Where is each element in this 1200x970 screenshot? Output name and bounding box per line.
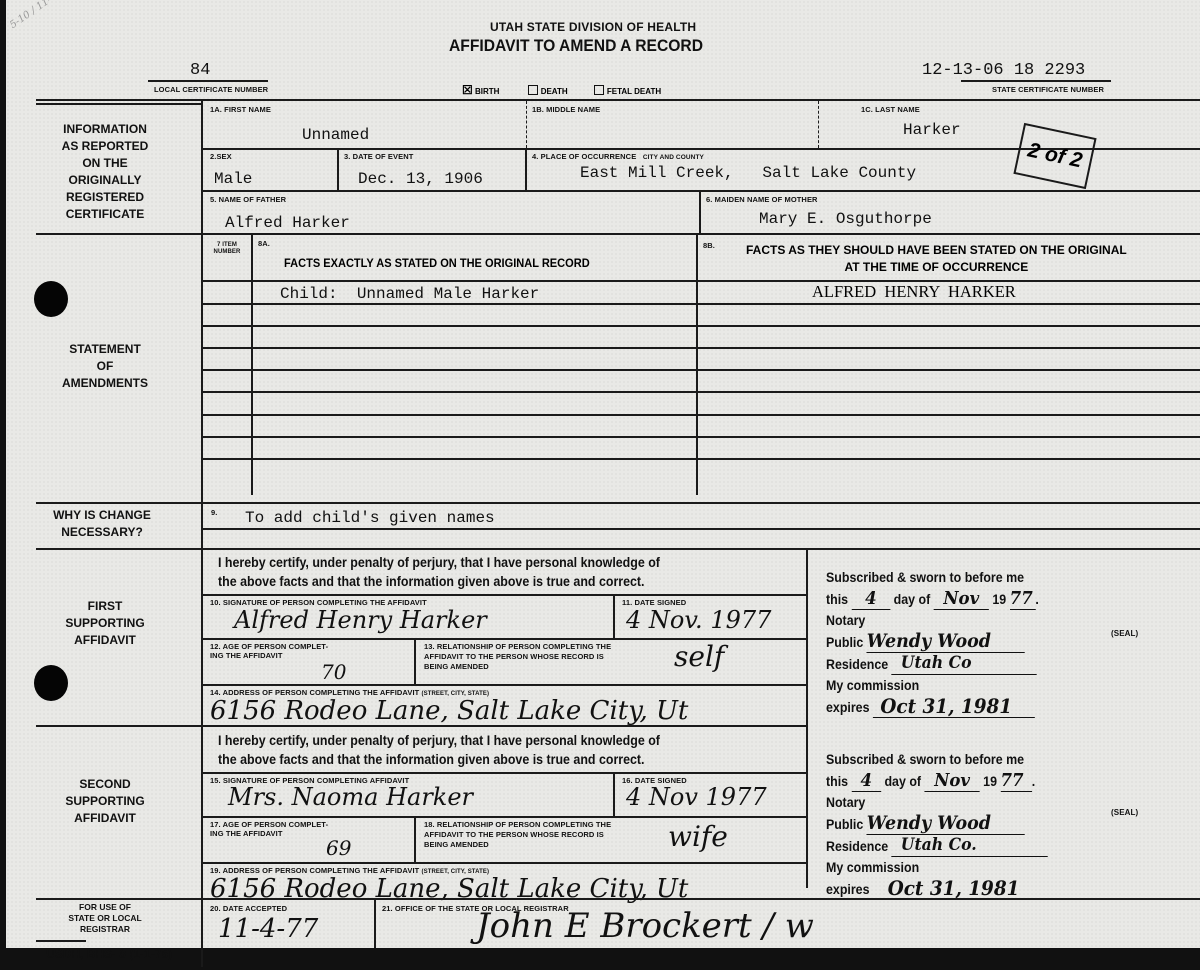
first-address: 6156 Rodeo Lane, Salt Lake City, Ut xyxy=(210,696,688,726)
amendment-corrected-value: ALFRED HENRY HARKER xyxy=(812,282,1016,302)
registrar-signature: John E Brockert / w xyxy=(476,906,814,946)
place-value: East Mill Creek, Salt Lake County xyxy=(580,164,916,182)
reason-value: To add child's given names xyxy=(245,509,495,527)
col-a-header: FACTS EXACTLY AS STATED ON THE ORIGINAL … xyxy=(284,256,590,270)
mother-value: Mary E. Osguthorpe xyxy=(759,210,932,228)
amendment-original-value: Child: Unnamed Male Harker xyxy=(280,285,539,303)
father-value: Alfred Harker xyxy=(225,214,350,232)
second-age-label: 17. AGE OF PERSON COMPLET-ING THE AFFIDA… xyxy=(210,820,328,838)
second-notary-block: Subscribed & sworn to before me this 4 d… xyxy=(826,749,1048,900)
first-age: 70 xyxy=(321,660,346,684)
binder-hole xyxy=(34,281,68,317)
local-certificate-label: LOCAL CERTIFICATE NUMBER xyxy=(154,85,268,94)
first-name-label: 1A. FIRST NAME xyxy=(210,105,271,114)
second-age: 69 xyxy=(326,836,351,860)
agency-name: UTAH STATE DIVISION OF HEALTH xyxy=(490,20,696,34)
state-certificate-number: 12-13-06 18 2293 xyxy=(922,61,1085,80)
date-accepted: 11-4-77 xyxy=(218,914,318,944)
sex-value: Male xyxy=(214,170,252,188)
record-type-options: ☒ BIRTH DEATH FETAL DEATH xyxy=(462,83,661,97)
checkbox-icon xyxy=(528,85,538,95)
death-checkbox[interactable]: DEATH xyxy=(528,87,568,96)
first-name-value: Unnamed xyxy=(302,126,369,144)
form-title: AFFIDAVIT TO AMEND A RECORD xyxy=(449,36,703,56)
second-relationship-label: 18. RELATIONSHIP OF PERSON COMPLETING TH… xyxy=(424,820,611,850)
binder-hole xyxy=(34,665,68,701)
item-number-header: 7 ITEM NUMBER xyxy=(207,242,247,256)
margin-note: 5-10 / 11-4-77 / Harker / 84 Sc-u xyxy=(8,0,149,31)
section-first-affidavit: FIRSTSUPPORTINGAFFIDAVIT xyxy=(40,598,170,649)
last-name-label: 1C. LAST NAME xyxy=(861,105,920,114)
first-relationship-label: 13. RELATIONSHIP OF PERSON COMPLETING TH… xyxy=(424,642,611,672)
second-seal: (SEAL) xyxy=(1111,808,1138,817)
date-accepted-label: 20. DATE ACCEPTED xyxy=(210,904,287,913)
fetal-death-checkbox[interactable]: FETAL DEATH xyxy=(594,87,661,96)
second-date: 4 Nov 1977 xyxy=(626,783,767,811)
first-date: 4 Nov. 1977 xyxy=(626,606,771,634)
section-registrar: FOR USE OFSTATE OR LOCALREGISTRAR xyxy=(40,902,170,935)
place-label: 4. PLACE OF OCCURRENCE CITY AND COUNTY xyxy=(532,152,704,161)
reason-num: 9. xyxy=(211,508,217,517)
first-certify-text: I hereby certify, under penalty of perju… xyxy=(218,553,660,591)
sex-label: 2.SEX xyxy=(210,152,232,161)
first-relationship: self xyxy=(674,640,724,673)
mother-label: 6. MAIDEN NAME OF MOTHER xyxy=(706,195,818,204)
last-name-value: Harker xyxy=(903,121,961,139)
form-code: USDH, BHS- 8 (1-1-75) xyxy=(46,947,172,961)
birth-checkbox[interactable]: ☒ BIRTH xyxy=(462,87,499,96)
second-signature[interactable]: Mrs. Naoma Harker xyxy=(228,783,473,811)
checked-x-icon: ☒ xyxy=(462,83,473,97)
col-b-num: 8B. xyxy=(703,241,715,250)
section-original-info: INFORMATIONAS REPORTEDON THEORIGINALLYRE… xyxy=(40,121,170,223)
affidavit-form: 5-10 / 11-4-77 / Harker / 84 Sc-u UTAH S… xyxy=(6,0,1200,948)
first-seal: (SEAL) xyxy=(1111,629,1138,638)
col-a-num: 8A. xyxy=(258,239,270,248)
second-relationship: wife xyxy=(668,820,728,853)
first-notary-block: Subscribed & sworn to before me this 4 d… xyxy=(826,567,1039,718)
section-second-affidavit: SECONDSUPPORTINGAFFIDAVIT xyxy=(40,776,170,827)
first-age-label: 12. AGE OF PERSON COMPLET-ING THE AFFIDA… xyxy=(210,642,328,660)
col-b-header: FACTS AS THEY SHOULD HAVE BEEN STATED ON… xyxy=(746,242,1127,276)
page-stamp: 2 of 2 xyxy=(1013,123,1096,189)
section-amendments: STATEMENTOFAMENDMENTS xyxy=(40,341,170,392)
father-label: 5. NAME OF FATHER xyxy=(210,195,286,204)
state-certificate-label: STATE CERTIFICATE NUMBER xyxy=(992,85,1104,94)
second-certify-text: I hereby certify, under penalty of perju… xyxy=(218,731,660,769)
checkbox-icon xyxy=(594,85,604,95)
first-signature[interactable]: Alfred Henry Harker xyxy=(234,606,487,634)
date-of-event-value: Dec. 13, 1906 xyxy=(358,170,483,188)
local-certificate-number: 84 xyxy=(190,61,210,80)
date-of-event-label: 3. DATE OF EVENT xyxy=(344,152,413,161)
section-reason: WHY IS CHANGENECESSARY? xyxy=(32,507,172,541)
middle-name-label: 1B. MIDDLE NAME xyxy=(532,105,600,114)
